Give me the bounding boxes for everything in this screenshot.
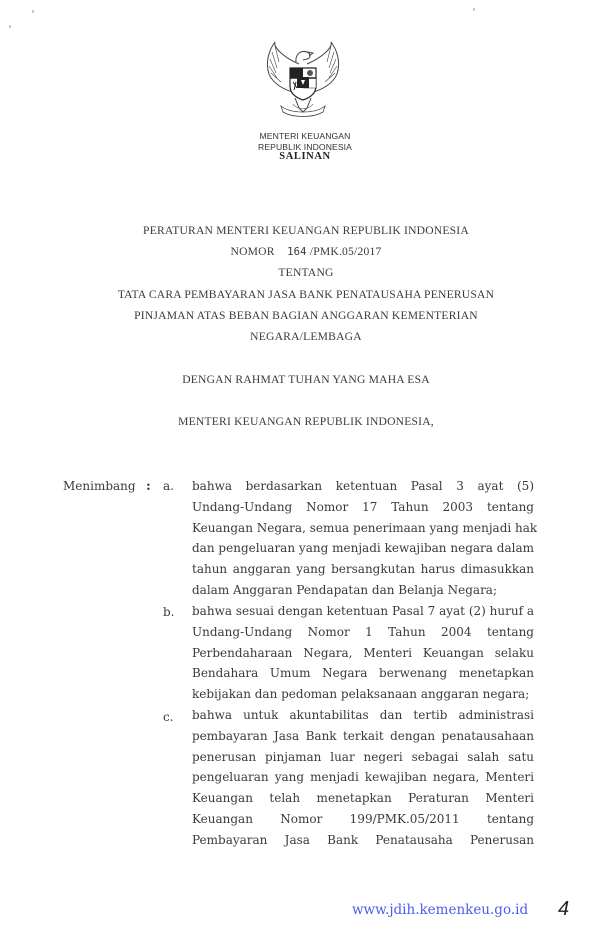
item-letter-a: a.: [163, 479, 174, 493]
text-line: bahwa berdasarkan ketentuan Pasal 3 ayat…: [192, 476, 534, 497]
consideration-b: bahwa sesuai dengan ketentuan Pasal 7 ay…: [192, 601, 534, 705]
subject-line-2: PINJAMAN ATAS BEBAN BAGIAN ANGGARAN KEME…: [60, 309, 552, 322]
nomor-label: NOMOR: [231, 245, 275, 258]
handwritten-page-number: 4: [558, 898, 569, 921]
regulation-title: PERATURAN MENTERI KEUANGAN REPUBLIK INDO…: [60, 224, 552, 237]
text-line: bahwa sesuai dengan ketentuan Pasal 7 ay…: [192, 601, 534, 622]
text-line: Pembayaran Jasa Bank Penatausaha Penerus…: [192, 830, 534, 851]
text-line: penerusan pinjaman luar negeri sebagai s…: [192, 747, 534, 768]
invocation: DENGAN RAHMAT TUHAN YANG MAHA ESA: [60, 373, 552, 386]
text-line: kebijakan dan pedoman pelaksanaan anggar…: [192, 684, 534, 705]
authority-line: MENTERI KEUANGAN REPUBLIK INDONESIA,: [60, 415, 552, 428]
text-line: Undang-Undang Nomor 17 Tahun 2003 tentan…: [192, 497, 534, 518]
consideration-c: bahwa untuk akuntabilitas dan tertib adm…: [192, 705, 534, 851]
text-line: Keuangan Nomor 199/PMK.05/2011 tentang: [192, 809, 534, 830]
item-letter-b: b.: [163, 605, 175, 619]
consideration-a: bahwa berdasarkan ketentuan Pasal 3 ayat…: [192, 476, 534, 601]
item-letter-c: c.: [163, 710, 174, 724]
institution-name-line1: MENTERI KEUANGAN: [240, 131, 370, 141]
jdih-website-link[interactable]: www.jdih.kemenkeu.go.id: [352, 902, 528, 918]
text-line: Bendahara Umum Negara berwenang menetapk…: [192, 663, 534, 684]
text-line: dalam Anggaran Pendapatan dan Belanja Ne…: [192, 580, 534, 601]
scan-speck: [9, 25, 11, 28]
regulation-number: NOMOR 164 /PMK.05/2017: [60, 245, 552, 258]
text-line: Perbendaharaan Negara, Menteri Keuangan …: [192, 643, 534, 664]
text-line: pengeluaran yang menjadi kewajiban negar…: [192, 767, 534, 788]
text-line: Keuangan Negara, semua penerimaan yang m…: [192, 518, 534, 539]
subject-line-3: NEGARA/LEMBAGA: [60, 330, 552, 343]
text-line: dan pengeluaran yang menjadi kewajiban n…: [192, 538, 534, 559]
text-line: pembayaran Jasa Bank terkait dengan pena…: [192, 726, 534, 747]
nomor-suffix: /PMK.05/2017: [310, 245, 382, 258]
tentang-heading: TENTANG: [60, 266, 552, 279]
menimbang-label: Menimbang: [63, 479, 136, 493]
scan-speck: [32, 10, 34, 13]
garuda-pancasila-icon: [263, 40, 343, 122]
text-line: Undang-Undang Nomor 1 Tahun 2004 tentang: [192, 622, 534, 643]
salinan-stamp: SALINAN: [240, 151, 370, 162]
menimbang-colon: :: [146, 479, 151, 494]
text-line: bahwa untuk akuntabilitas dan tertib adm…: [192, 705, 534, 726]
scan-speck: [473, 8, 475, 11]
text-line: tahun anggaran yang bersangkutan harus d…: [192, 559, 534, 580]
nomor-number: 164: [287, 246, 307, 258]
text-line: Keuangan telah menetapkan Peraturan Ment…: [192, 788, 534, 809]
subject-line-1: TATA CARA PEMBAYARAN JASA BANK PENATAUSA…: [60, 288, 552, 301]
